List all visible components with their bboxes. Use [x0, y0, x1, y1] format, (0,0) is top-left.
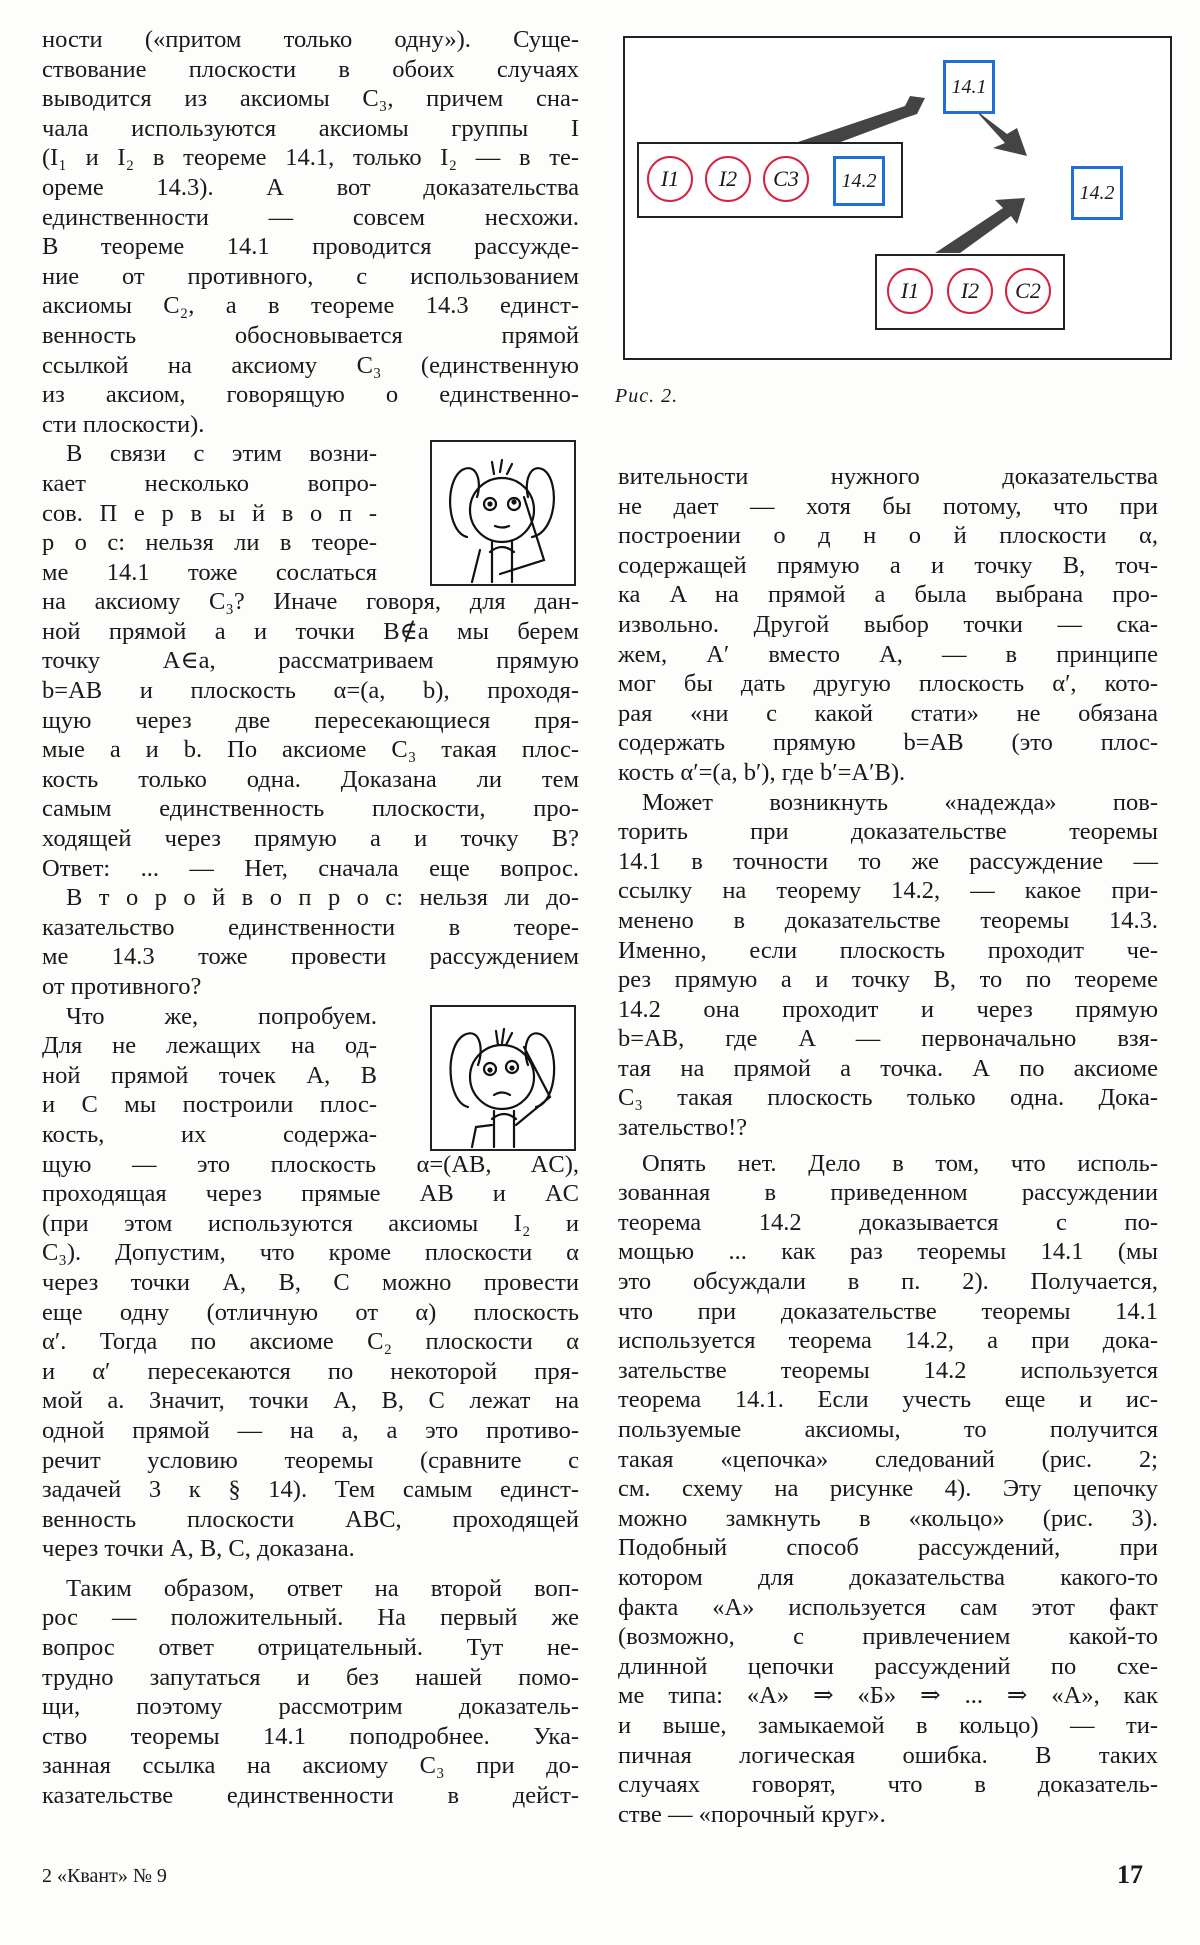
text-line: зательство!? [618, 1113, 1158, 1143]
text-line: ореме 14.3). А вот доказательства [42, 173, 579, 203]
text-line: одной прямой — на a, а это противо- [42, 1416, 579, 1446]
text-line: сов. П е р в ы й в о п - [42, 499, 377, 529]
text-line: вопрос ответ отрицательный. Тут не- [42, 1633, 579, 1663]
text-line: такая «цепочка» следований (рис. 2; [618, 1445, 1158, 1475]
text-line: через точки A, B, C, доказана. [42, 1534, 579, 1564]
theorem-node-14-2-right: 14.2 [1071, 166, 1123, 220]
text-line: извольно. Другой выбор точки — ска- [618, 610, 1158, 640]
text-line: α′. Тогда по аксиоме C₂ плоскости α [42, 1327, 579, 1357]
text-line: от противного? [42, 972, 579, 1002]
figure-2-diagram: 14.1 14.2 I1 I2 C3 14.2 I1 I2 C2 [623, 36, 1172, 360]
text-line: Может возникнуть «надежда» пов- [618, 788, 1158, 818]
journal-signature: 2 «Квант» № 9 [42, 1865, 167, 1888]
text-line: Таким образом, ответ на второй воп- [42, 1574, 579, 1604]
axiom-group-top: I1 I2 C3 14.2 [637, 142, 903, 218]
text-line: трудно запутаться и без нашей помо- [42, 1663, 579, 1693]
text-line: случаях говорят, что в доказатель- [618, 1770, 1158, 1800]
theorem-node-14-2: 14.2 [833, 156, 885, 206]
text-line: факта «А» используется сам этот факт [618, 1593, 1158, 1623]
axiom-c2: C2 [1005, 268, 1051, 314]
right-column: вительности нужного доказательства не да… [618, 462, 1158, 1829]
text-line: казательство единственности в теоре- [42, 913, 579, 943]
text-line: речит условию теоремы (сравните с [42, 1446, 579, 1476]
axiom-group-bottom: I1 I2 C2 [875, 254, 1065, 330]
thinking-character-illustration [430, 440, 576, 586]
text-line: ство теоремы 14.1 поподробнее. Ука- [42, 1722, 579, 1752]
text-line: торить при доказательстве теоремы [618, 817, 1158, 847]
text-line: Ответ: ... — Нет, сначала еще вопрос. [42, 854, 579, 884]
text-line: еще одну (отличную от α) плоскость [42, 1298, 579, 1328]
arrow-icon [795, 96, 925, 146]
text-line: казательстве единственности в дейст- [42, 1781, 579, 1811]
arrow-icon [935, 198, 1025, 253]
text-line: занная ссылка на аксиому C₃ при до- [42, 1751, 579, 1781]
text-line: пользуемые аксиомы, то получится [618, 1415, 1158, 1445]
text-line: Что же, попробуем. [42, 1002, 377, 1032]
text-line: зованная в приведенном рассуждении [618, 1178, 1158, 1208]
text-line: на аксиому C₃? Иначе говоря, для дан- [42, 587, 579, 617]
text-line: рая «ни с какой стати» не обязана [618, 699, 1158, 729]
text-line: ссылкой на аксиому C₃ (единственную [42, 351, 579, 381]
text-line: (при этом используются аксиомы I₂ и [42, 1209, 579, 1239]
text-line: не дает — хотя бы потому, что при [618, 492, 1158, 522]
text-line: кость, их содержа- [42, 1120, 377, 1150]
text-line: мощью ... как раз теоремы 14.1 (мы [618, 1237, 1158, 1267]
text-line: самым единственность плоскости, про- [42, 794, 579, 824]
text-line: см. схему на рисунке 4). Эту цепочку [618, 1474, 1158, 1504]
text-line: и C мы построили плос- [42, 1090, 377, 1120]
text-line: ка A на прямой a была выбрана про- [618, 580, 1158, 610]
text-line: через точки A, B, C можно провести [42, 1268, 579, 1298]
text-line: зательстве теоремы 14.2 используется [618, 1356, 1158, 1386]
text-line: чала используются аксиомы группы I [42, 114, 579, 144]
text-line: венность обосновывается прямой [42, 321, 579, 351]
text-line: венность плоскости ABC, проходящей [42, 1505, 579, 1535]
text-line: (I₁ и I₂ в теореме 14.1, только I₂ — в т… [42, 143, 579, 173]
text-line: рос — положительный. На первый же [42, 1603, 579, 1633]
text-line: единственности — совсем несхожи. [42, 203, 579, 233]
text-line: В теореме 14.1 проводится рассужде- [42, 232, 579, 262]
text-line: теорема 14.2 доказывается с по- [618, 1208, 1158, 1238]
text-line: Именно, если плоскость проходит че- [618, 936, 1158, 966]
text-line: кость только одна. Доказана ли тем [42, 765, 579, 795]
text-line: р о с: нельзя ли в теоре- [42, 528, 377, 558]
text-line: жем, A′ вместо A, — в принципе [618, 640, 1158, 670]
text-line: (возможно, с привлечением какой-то [618, 1622, 1158, 1652]
text-line: сти плоскости). [42, 410, 579, 440]
text-line: Подобный способ рассуждений, при [618, 1533, 1158, 1563]
text-line: ме типа: «А» ⇒ «Б» ⇒ ... ⇒ «А», как [618, 1681, 1158, 1711]
text-line: проходящая через прямые AB и AC [42, 1179, 579, 1209]
character-icon [432, 1007, 574, 1149]
text-line: точку A∈a, рассматриваем прямую [42, 646, 579, 676]
axiom-i1: I1 [887, 268, 933, 314]
text-line: b=AB и плоскость α=(a, b), проходя- [42, 676, 579, 706]
text-line: кость α′=(a, b′), где b′=A′B). [618, 758, 1158, 788]
text-line: выводится из аксиомы C₃, причем сна- [42, 84, 579, 114]
axiom-c3: C3 [763, 156, 809, 202]
text-line: пичная логическая ошибка. В таких [618, 1741, 1158, 1771]
text-line: Опять нет. Дело в том, что исполь- [618, 1149, 1158, 1179]
axiom-i1: I1 [647, 156, 693, 202]
text-line: из аксиом, говорящую о единственно- [42, 380, 579, 410]
text-line: содержать прямую b=AB (это плос- [618, 728, 1158, 758]
character-icon [432, 442, 574, 584]
text-line: ние от противного, с использованием [42, 262, 579, 292]
text-line: котором для доказательства какого-то [618, 1563, 1158, 1593]
text-line: мой a. Значит, точки A, B, C лежат на [42, 1386, 579, 1416]
text-line: это обсуждали в п. 2). Получается, [618, 1267, 1158, 1297]
text-line: можно замкнуть в «кольцо» (рис. 3). [618, 1504, 1158, 1534]
text-line: содержащей прямую a и точку B, точ- [618, 551, 1158, 581]
text-line: кает несколько вопро- [42, 469, 377, 499]
text-line: C₃). Допустим, что кроме плоскости α [42, 1238, 579, 1268]
text-line: теорема 14.1. Если учесть еще и ис- [618, 1385, 1158, 1415]
text-line: длинной цепочки рассуждений по схе- [618, 1652, 1158, 1682]
text-line: ности («притом только одну»). Суще- [42, 25, 579, 55]
text-line: ной прямой точек A, B [42, 1061, 377, 1091]
page-number: 17 [1117, 1860, 1143, 1890]
text-line: ходящей через прямую a и точку B? [42, 824, 579, 854]
text-line: менено в доказательстве теоремы 14.3. [618, 906, 1158, 936]
text-line: 14.2 она проходит и через прямую [618, 995, 1158, 1025]
text-line: мые a и b. По аксиоме C₃ такая плос- [42, 735, 579, 765]
left-column: ности («притом только одну»). Суще- ство… [42, 25, 579, 1811]
figure-caption: Рис. 2. [615, 385, 678, 408]
text-line: В т о р о й в о п р о с: нельзя ли до- [42, 883, 579, 913]
text-line: ме 14.1 тоже сослаться [42, 558, 377, 588]
text-line: аксиомы C₂, а в теореме 14.3 единст- [42, 291, 579, 321]
axiom-i2: I2 [705, 156, 751, 202]
text-line: ствование плоскости в обоих случаях [42, 55, 579, 85]
text-line: стве — «порочный круг». [618, 1800, 1158, 1830]
text-line: построении о д н о й плоскости α, [618, 521, 1158, 551]
text-line: ссылку на теорему 14.2, — какое при- [618, 876, 1158, 906]
text-line: b=AB, где A — первоначально взя- [618, 1024, 1158, 1054]
theorem-node-14-1: 14.1 [943, 60, 995, 114]
text-line: что при доказательстве теоремы 14.1 [618, 1297, 1158, 1327]
text-line: рез прямую a и точку B, то по теореме [618, 965, 1158, 995]
text-line: тая на прямой a точка. А по аксиоме [618, 1054, 1158, 1084]
text-line: вительности нужного доказательства [618, 462, 1158, 492]
text-line: C₃ такая плоскость только одна. Дока- [618, 1083, 1158, 1113]
text-line: используется теорема 14.2, а при дока- [618, 1326, 1158, 1356]
text-line: В связи с этим возни- [42, 439, 377, 469]
text-line: Для не лежащих на од- [42, 1031, 377, 1061]
text-line: щую — это плоскость α=(AB, AC), [42, 1150, 579, 1180]
worried-character-illustration [430, 1005, 576, 1151]
text-line: ной прямой a и точки B∉a мы берем [42, 617, 579, 647]
text-line: 14.1 в точности то же рассуждение — [618, 847, 1158, 877]
text-line: щи, поэтому рассмотрим доказатель- [42, 1692, 579, 1722]
axiom-i2: I2 [947, 268, 993, 314]
text-line: и α′ пересекаются по некоторой пря- [42, 1357, 579, 1387]
text-line: ме 14.3 тоже провести рассуждением [42, 942, 579, 972]
text-line: задачей 3 к § 14). Тем самым единст- [42, 1475, 579, 1505]
text-line: щую через две пересекающиеся пря- [42, 706, 579, 736]
text-line: мог бы дать другую плоскость α′, кото- [618, 669, 1158, 699]
text-line: и выше, замыкаемой в кольцо) — ти- [618, 1711, 1158, 1741]
